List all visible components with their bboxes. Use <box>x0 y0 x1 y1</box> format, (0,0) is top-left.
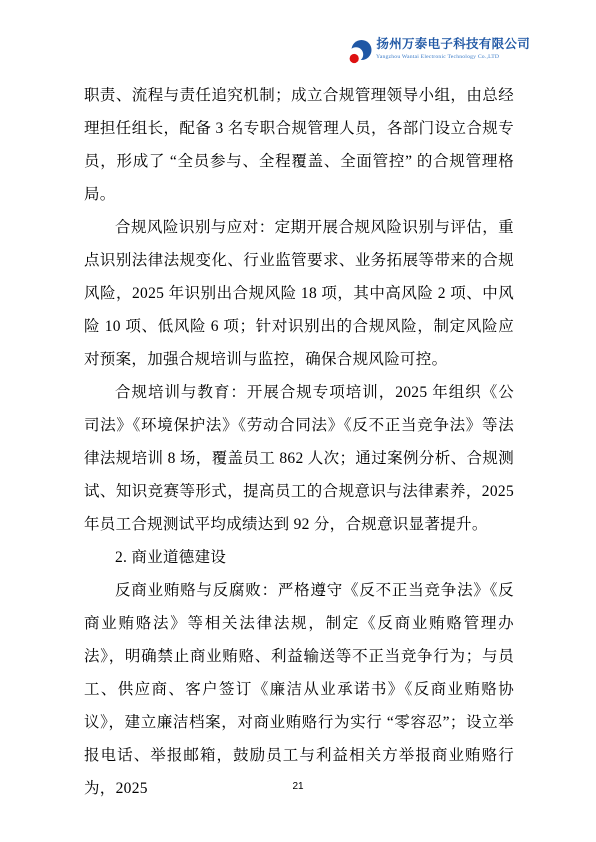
paragraph: 职责、流程与责任追究机制；成立合规管理领导小组，由总经理担任组长，配备 3 名专… <box>84 79 514 211</box>
company-name-en: Yangzhou Wantai Electronic Technology Co… <box>376 54 522 60</box>
paragraph: 合规培训与教育：开展合规专项培训，2025 年组织《公司法》《环境保护法》《劳动… <box>84 376 514 541</box>
document-body: 职责、流程与责任追究机制；成立合规管理领导小组，由总经理担任组长，配备 3 名专… <box>84 79 514 805</box>
company-name-zh: 扬州万泰电子科技有限公司 <box>376 38 530 51</box>
company-logo-icon <box>349 39 372 66</box>
document-page: 扬州万泰电子科技有限公司 Yangzhou Wantai Electronic … <box>0 0 596 842</box>
page-number: 21 <box>0 781 596 792</box>
company-logo: 扬州万泰电子科技有限公司 Yangzhou Wantai Electronic … <box>349 38 530 66</box>
paragraph: 反商业贿赂与反腐败：严格遵守《反不正当竞争法》《反商业贿赂法》等相关法律法规，制… <box>84 574 514 805</box>
company-name-block: 扬州万泰电子科技有限公司 Yangzhou Wantai Electronic … <box>376 38 530 60</box>
paragraph: 2. 商业道德建设 <box>84 541 514 574</box>
paragraph: 合规风险识别与应对：定期开展合规风险识别与评估，重点识别法律法规变化、行业监管要… <box>84 211 514 376</box>
